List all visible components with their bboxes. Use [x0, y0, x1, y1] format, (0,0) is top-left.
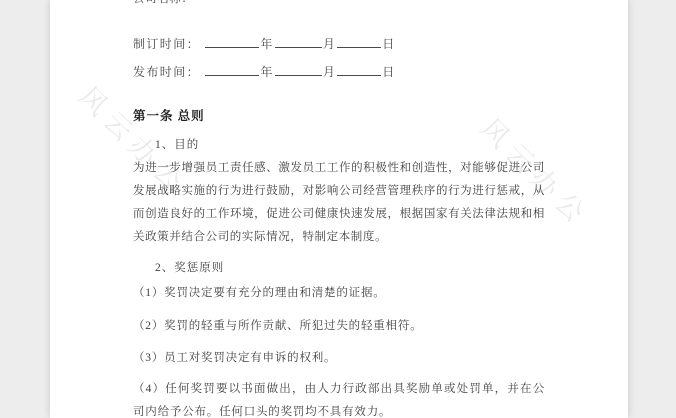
year-suffix: 年	[260, 65, 273, 79]
principle-item: （3）员工对奖罚决定有申诉的权利。	[133, 350, 545, 366]
document-page: 风云办公 风云办公 公司名称： 制订时间： 年月日 发布时间： 年月日 第一条 …	[50, 0, 628, 418]
published-date-label: 发布时间：	[133, 65, 200, 79]
published-date-line: 发布时间： 年月日	[133, 64, 545, 80]
chapter-heading: 第一条 总则	[133, 108, 545, 124]
principle-item: （1）奖罚决定要有充分的理由和清楚的证据。	[133, 285, 545, 301]
year-suffix: 年	[260, 37, 273, 51]
document-viewer-canvas: 风云办公 风云办公 公司名称： 制订时间： 年月日 发布时间： 年月日 第一条 …	[0, 0, 676, 418]
principles-subheading: 2、奖惩原则	[133, 260, 545, 276]
purpose-subheading: 1、目的	[133, 137, 545, 153]
blank-fill-line	[205, 64, 259, 76]
day-suffix: 日	[382, 65, 395, 79]
blank-fill-line	[205, 36, 259, 48]
principle-item: （4）任何奖罚要以书面做出，由人力行政部出具奖励单或处罚单，并在公司内给予公布。…	[133, 378, 545, 418]
month-suffix: 月	[323, 37, 336, 51]
created-date-line: 制订时间： 年月日	[133, 36, 545, 52]
blank-fill-line	[275, 64, 322, 76]
blank-fill-line	[275, 36, 322, 48]
day-suffix: 日	[382, 37, 395, 51]
month-suffix: 月	[323, 65, 336, 79]
purpose-paragraph: 为进一步增强员工责任感、激发员工工作的积极性和创造性，对能够促进公司发展战略实施…	[133, 157, 545, 249]
principle-item: （2）奖罚的轻重与所作贡献、所犯过失的轻重相符。	[133, 318, 545, 334]
blank-fill-line	[337, 36, 381, 48]
company-name-label: 公司名称：	[133, 0, 194, 5]
created-date-label: 制订时间：	[133, 37, 200, 51]
company-name-partial-line: 公司名称：	[133, 0, 545, 7]
blank-fill-line	[337, 64, 381, 76]
